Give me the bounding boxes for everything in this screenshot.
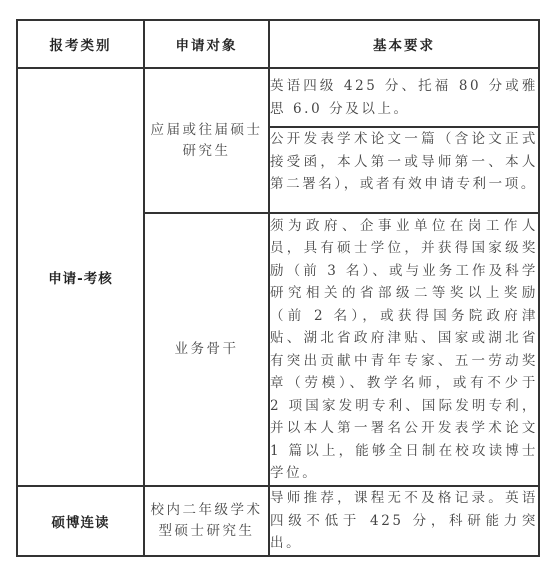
header-category: 报考类别: [17, 20, 144, 68]
table-row: 申请-考核 应届或往届硕士研究生 英语四级 425 分、托福 80 分或雅思 6…: [17, 68, 539, 127]
target-cell: 应届或往届硕士研究生: [144, 68, 269, 213]
requirement-cell: 公开发表学术论文一篇（含论文正式接受函，本人第一或导师第一、本人第二署名），或者…: [269, 127, 539, 213]
table-row: 硕博连读 校内二年级学术型硕士研究生 导师推荐，课程无不及格记录。英语四级不低于…: [17, 486, 539, 556]
requirement-cell: 英语四级 425 分、托福 80 分或雅思 6.0 分及以上。: [269, 68, 539, 127]
header-target: 申请对象: [144, 20, 269, 68]
requirement-cell: 须为政府、企事业单位在岗工作人员，具有硕士学位，并获得国家级奖励（前 3 名）、…: [269, 213, 539, 486]
category-cell: 硕博连读: [17, 486, 144, 556]
header-row: 报考类别 申请对象 基本要求: [17, 20, 539, 68]
admission-requirements-table: 报考类别 申请对象 基本要求 申请-考核 应届或往届硕士研究生 英语四级 425…: [16, 19, 540, 557]
target-cell: 校内二年级学术型硕士研究生: [144, 486, 269, 556]
requirement-cell: 导师推荐，课程无不及格记录。英语四级不低于 425 分，科研能力突出。: [269, 486, 539, 556]
target-cell: 业务骨干: [144, 213, 269, 486]
category-cell: 申请-考核: [17, 68, 144, 486]
header-requirements: 基本要求: [269, 20, 539, 68]
